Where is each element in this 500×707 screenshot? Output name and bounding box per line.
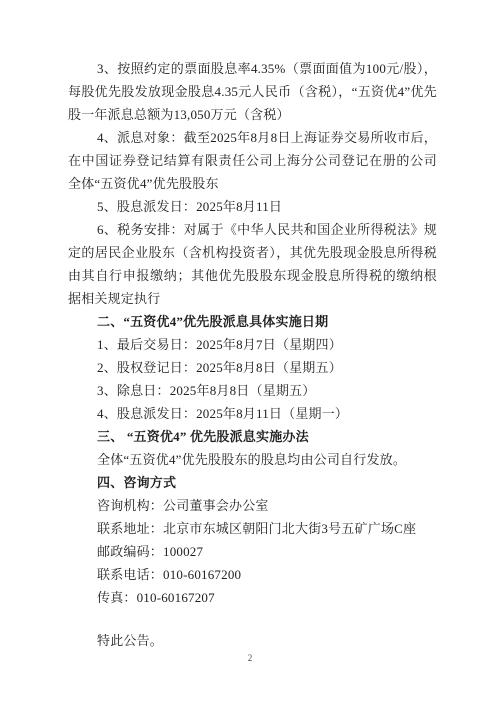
para-closing-statement: 特此公告。: [68, 629, 437, 652]
para-contact-department: 咨询机构：公司董事会办公室: [68, 494, 437, 517]
para-fax: 传真：010-60167207: [68, 586, 437, 609]
page-number: 2: [0, 652, 500, 664]
para-contact-address: 联系地址：北京市东城区朝阳门北大街3号五矿广场C座: [68, 517, 437, 540]
para-last-trading-date: 1、最后交易日：2025年8月7日（星期四）: [68, 333, 437, 356]
para-dividend-payment-date: 5、股息派发日：2025年8月11日: [68, 195, 437, 218]
para-tax-arrangement: 6、税务安排：对属于《中华人民共和国企业所得税法》规定的居民企业股东（含机构投资…: [68, 218, 437, 310]
para-dividend-recipients: 4、派息对象：截至2025年8月8日上海证券交易所收市后，在中国证券登记结算有限…: [68, 126, 437, 195]
para-distribution-method: 全体“五资优4”优先股股东的股息均由公司自行发放。: [68, 448, 437, 471]
para-record-date: 2、股权登记日：2025年8月8日（星期五）: [68, 356, 437, 379]
para-ex-dividend-date: 3、除息日：2025年8月8日（星期五）: [68, 379, 437, 402]
para-payment-date: 4、股息派发日：2025年8月11日（星期一）: [68, 402, 437, 425]
heading-section-4-contact-info: 四、咨询方式: [68, 471, 437, 494]
heading-section-2-implementation-dates: 二、“五资优4”优先股派息具体实施日期: [68, 310, 437, 333]
document-body: 3、按照约定的票面股息率4.35%（票面面值为100元/股），每股优先股发放现金…: [68, 57, 437, 652]
para-dividend-rate: 3、按照约定的票面股息率4.35%（票面面值为100元/股），每股优先股发放现金…: [68, 57, 437, 126]
para-contact-phone: 联系电话：010-60167200: [68, 563, 437, 586]
heading-section-3-implementation-method: 三、 “五资优4” 优先股派息实施办法: [68, 425, 437, 448]
announcement-page: 3、按照约定的票面股息率4.35%（票面面值为100元/股），每股优先股发放现金…: [0, 0, 500, 707]
para-postal-code: 邮政编码：100027: [68, 540, 437, 563]
